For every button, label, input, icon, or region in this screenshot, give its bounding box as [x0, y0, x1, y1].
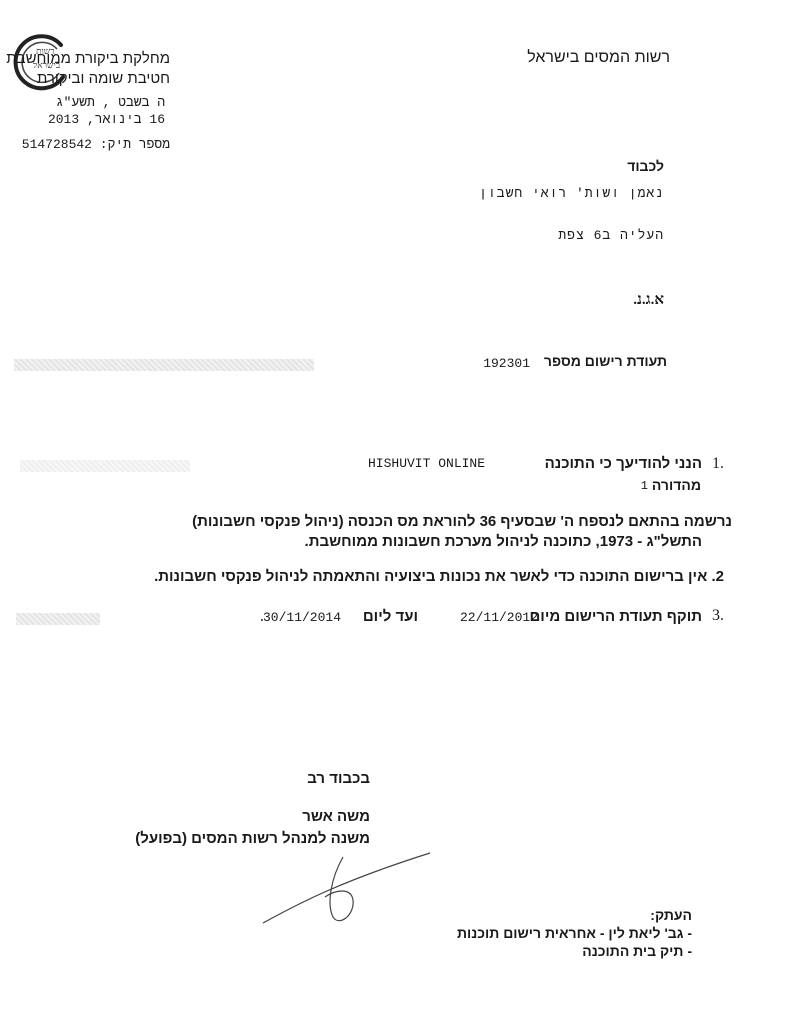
valid-to-label: ועד ליום [363, 608, 418, 625]
greeting: א.ג.נ. [633, 292, 664, 309]
hebrew-date: ה בשבט , תשע"ג [56, 95, 165, 110]
closing-regards: בכבוד רב [307, 770, 370, 787]
item-number: 1. [712, 455, 724, 473]
valid-to-date: 30/11/2014 [263, 610, 341, 625]
item1-paragraph-line: התשל"ג - 1973, כתוכנה לניהול מערכת חשבונ… [305, 533, 702, 550]
recipient-address: העליה ב6 צפת [558, 228, 664, 243]
redacted-area [16, 613, 100, 625]
item1-intro: הנני להודיעך כי התוכנה [545, 455, 702, 472]
redacted-area [14, 359, 314, 371]
valid-from-date: 22/11/2012 [460, 610, 538, 625]
signature-icon [255, 845, 435, 930]
cc-entry: - גב' ליאת לין - אחראית רישום תוכנות [457, 925, 692, 941]
redacted-area [20, 460, 190, 472]
recipient-name: נאמן ושות' רואי חשבון [479, 186, 664, 201]
cc-label: העתק: [650, 907, 692, 923]
division-name: חטיבת שומה וביקורת [37, 70, 170, 87]
gregorian-date: 16 בינואר, 2013 [48, 112, 165, 127]
department-name: מחלקת ביקורת ממוחשבת [6, 50, 170, 67]
certificate-title: תעודת רישום מספר [544, 353, 667, 369]
authority-name: רשות המסים בישראל [527, 49, 670, 67]
version-label: מהדורה [652, 477, 701, 493]
file-number: מספר תיק: 514728542 [22, 137, 170, 152]
item-number: 3. [712, 607, 724, 625]
certificate-number: 192301 [483, 356, 530, 371]
cc-entry: - תיק בית התוכנה [582, 943, 692, 959]
version-number: 1 [641, 479, 648, 493]
item2-text: 2. אין ברישום התוכנה כדי לאשר את נכונות … [154, 568, 724, 585]
item1-paragraph-line: נרשמה בהתאם לנספח ה' שבסעיף 36 להוראת מס… [192, 513, 732, 530]
validity-label: תוקף תעודת הרישום מיום [530, 608, 703, 625]
recipient-salutation: לכבוד [627, 158, 664, 174]
software-name: HISHUVIT ONLINE [368, 456, 485, 471]
signer-name: משה אשר [302, 808, 370, 825]
end-mark: . [258, 610, 266, 625]
